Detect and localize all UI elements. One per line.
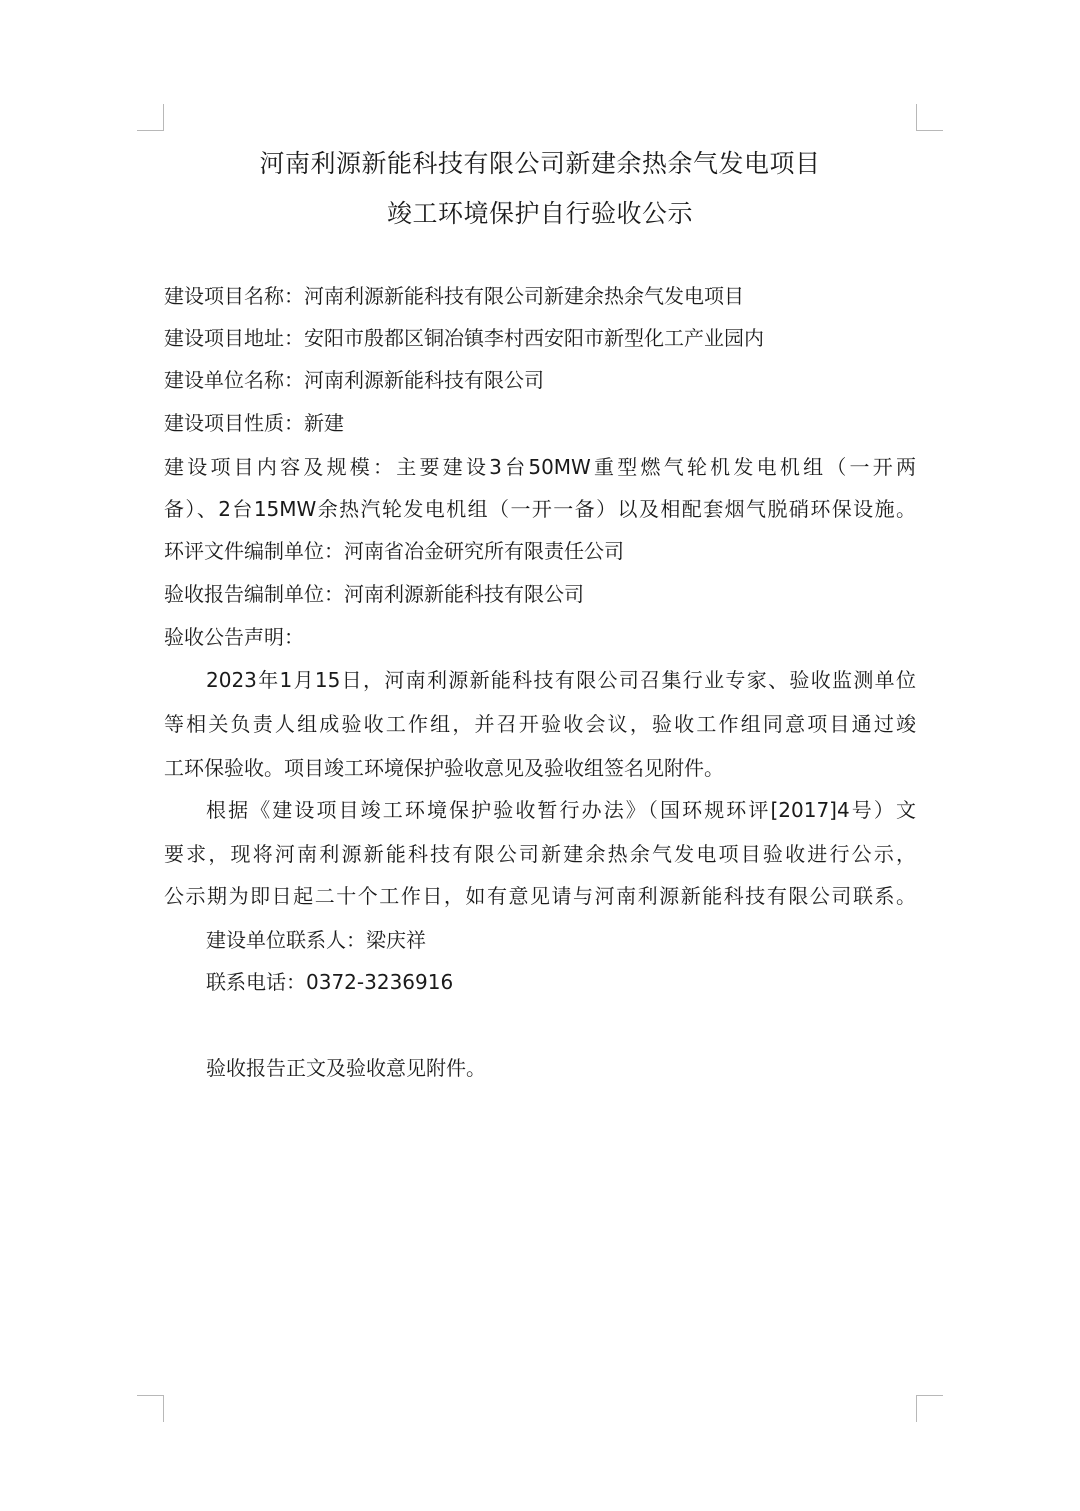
field-project-scope-line1: 建设项目内容及规模：主要建设3台50MW重型燃气轮机发电机组（一开两 — [164, 453, 916, 481]
field-project-scope-line2: 备）、2台15MW余热汽轮发电机组（一开一备）以及相配套烟气脱硝环保设施。 — [164, 495, 916, 523]
field-eia-preparer: 环评文件编制单位：河南省冶金研究所有限责任公司 — [164, 537, 624, 565]
field-announcement-statement: 验收公告声明： — [164, 623, 304, 651]
field-value: 河南利源新能科技有限公司 — [344, 582, 584, 606]
field-label: 建设项目名称： — [164, 284, 304, 308]
contact-person: 建设单位联系人：梁庆祥 — [206, 926, 426, 954]
paragraph1-line1: 2023年1月15日，河南利源新能科技有限公司召集行业专家、验收监测单位 — [206, 666, 916, 694]
crop-mark-bottom-right — [916, 1395, 943, 1422]
field-value: 主要建设3台50MW重型燃气轮机发电机组（一开两 — [396, 455, 916, 479]
paragraph2-line1: 根据《建设项目竣工环境保护验收暂行办法》（国环规环评[2017]4号）文 — [206, 796, 916, 824]
paragraph2-line3: 公示期为即日起二十个工作日，如有意见请与河南利源新能科技有限公司联系。 — [164, 882, 916, 910]
paragraph1-line3: 工环保验收。项目竣工环境保护验收意见及验收组签名见附件。 — [164, 754, 724, 782]
crop-mark-top-right — [916, 104, 943, 131]
paragraph2-line2: 要求，现将河南利源新能科技有限公司新建余热余气发电项目验收进行公示， — [164, 840, 916, 868]
field-label: 建设项目内容及规模： — [164, 455, 396, 479]
document-title-line1: 河南利源新能科技有限公司新建余热余气发电项目 — [0, 144, 1080, 180]
attachment-note: 验收报告正文及验收意见附件。 — [206, 1054, 486, 1082]
paragraph1-line2: 等相关负责人组成验收工作组，并召开验收会议，验收工作组同意项目通过竣 — [164, 710, 916, 738]
crop-mark-bottom-left — [137, 1395, 164, 1422]
field-project-address: 建设项目地址：安阳市殷都区铜冶镇李村西安阳市新型化工产业园内 — [164, 324, 764, 352]
contact-phone: 联系电话：0372-3236916 — [206, 968, 453, 996]
field-label: 建设项目性质： — [164, 411, 304, 435]
field-label: 建设单位名称： — [164, 368, 304, 392]
document-title-line2: 竣工环境保护自行验收公示 — [0, 194, 1080, 230]
field-value: 新建 — [304, 411, 344, 435]
field-value: 安阳市殷都区铜冶镇李村西安阳市新型化工产业园内 — [304, 326, 764, 350]
field-label: 建设项目地址： — [164, 326, 304, 350]
field-project-name: 建设项目名称：河南利源新能科技有限公司新建余热余气发电项目 — [164, 282, 744, 310]
field-project-nature: 建设项目性质：新建 — [164, 409, 344, 437]
field-report-preparer: 验收报告编制单位：河南利源新能科技有限公司 — [164, 580, 584, 608]
field-label: 验收报告编制单位： — [164, 582, 344, 606]
field-value: 河南利源新能科技有限公司 — [304, 368, 544, 392]
crop-mark-top-left — [137, 104, 164, 131]
field-label: 环评文件编制单位： — [164, 539, 344, 563]
field-unit-name: 建设单位名称：河南利源新能科技有限公司 — [164, 366, 544, 394]
field-value: 河南省冶金研究所有限责任公司 — [344, 539, 624, 563]
field-value: 河南利源新能科技有限公司新建余热余气发电项目 — [304, 284, 744, 308]
